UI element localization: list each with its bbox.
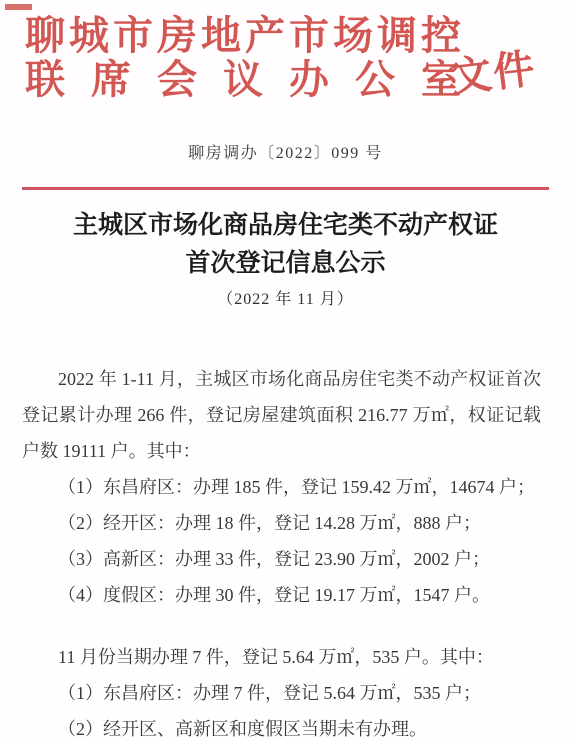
issuing-org-name: 聊城市房地产市场调控 联席会议办公室 xyxy=(25,14,461,102)
doc-type-label: 文件 xyxy=(447,35,540,104)
cumulative-item-dujia: （4）度假区：办理 30 件，登记 19.17 万㎡，1547 户。 xyxy=(22,577,541,613)
paragraph1-line1: 2022 年 1-11 月，主城区市场化商品房住宅类不动产权证首次 xyxy=(22,361,541,397)
cumulative-item-dongchangfu: （1）东昌府区：办理 185 件，登记 159.42 万㎡，14674 户； xyxy=(22,469,541,505)
cumulative-item-gaoxin: （3）高新区：办理 33 件，登记 23.90 万㎡，2002 户； xyxy=(22,541,541,577)
monthly-item-others: （2）经开区、高新区和度假区当期未有办理。 xyxy=(22,711,541,741)
doc-body: 2022 年 1-11 月，主城区市场化商品房住宅类不动产权证首次 登记累计办理… xyxy=(22,361,541,741)
cumulative-item-jingkai: （2）经开区：办理 18 件，登记 14.28 万㎡，888 户； xyxy=(22,505,541,541)
doc-period: （2022 年 11 月） xyxy=(0,286,571,309)
doc-title-line2: 首次登记信息公示 xyxy=(0,244,571,282)
paragraph1-line2: 登记累计办理 266 件，登记房屋建筑面积 216.77 万㎡，权证记载 xyxy=(22,397,541,433)
org-name-line2: 联席会议办公室 xyxy=(25,58,461,102)
doc-title: 主城区市场化商品房住宅类不动产权证 首次登记信息公示 xyxy=(0,206,571,282)
doc-title-line1: 主城区市场化商品房住宅类不动产权证 xyxy=(0,206,571,244)
doc-reference-number: 聊房调办〔2022〕099 号 xyxy=(0,140,571,163)
document-page: 聊城市房地产市场调控 联席会议办公室 文件 聊房调办〔2022〕099 号 主城… xyxy=(0,0,571,741)
paragraph2-line1: 11 月份当期办理 7 件，登记 5.64 万㎡，535 户。其中： xyxy=(22,639,541,675)
letterhead: 聊城市房地产市场调控 联席会议办公室 文件 xyxy=(0,0,571,102)
org-name-line1: 聊城市房地产市场调控 xyxy=(25,14,461,58)
monthly-item-dongchangfu: （1）东昌府区：办理 7 件，登记 5.64 万㎡，535 户； xyxy=(22,675,541,711)
red-divider-line xyxy=(22,187,549,190)
paragraph1-line3: 户数 19111 户。其中： xyxy=(22,433,541,469)
